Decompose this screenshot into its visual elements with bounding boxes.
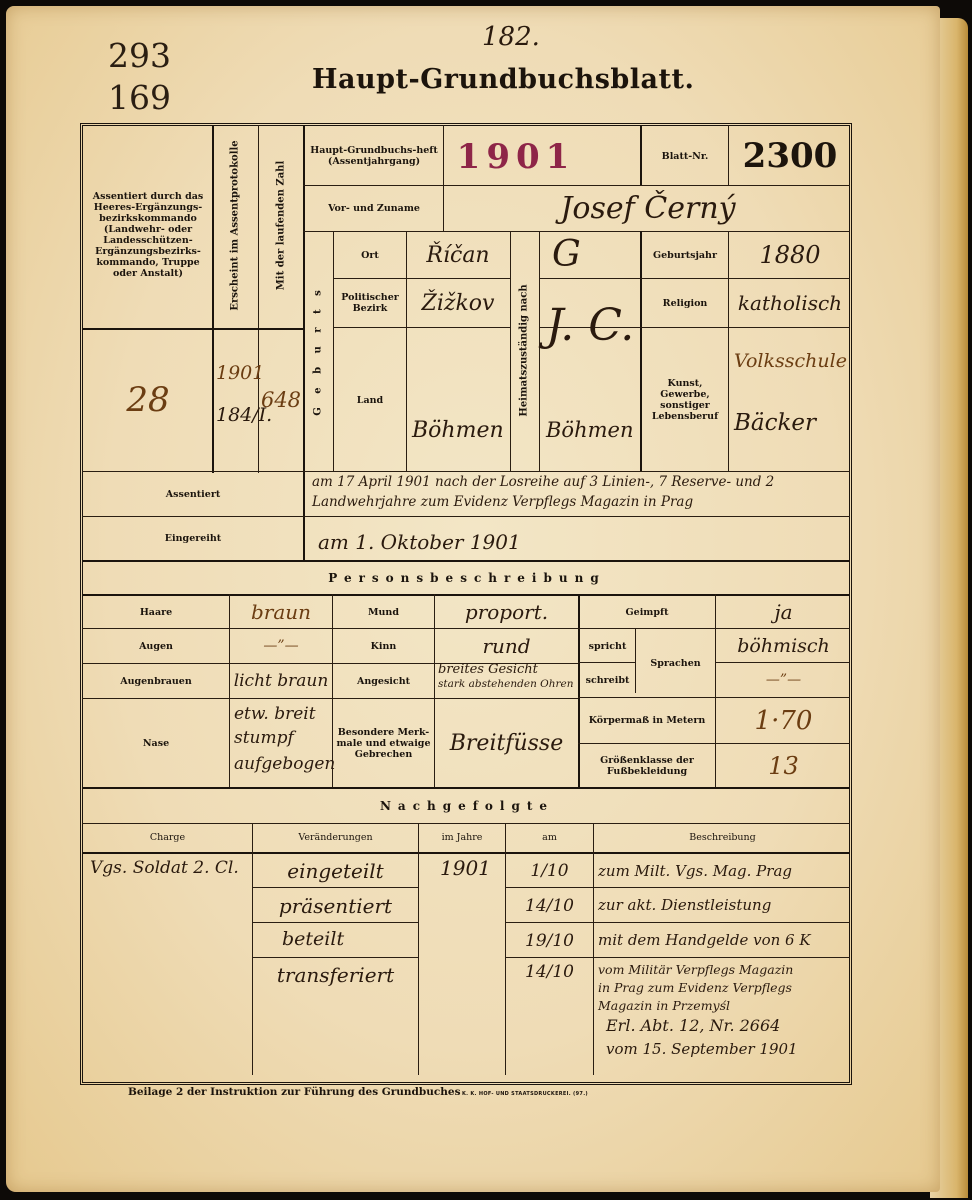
column-header-jahre: im Jahre [420, 824, 504, 851]
heimat-label: Heimatszuständig nach [519, 251, 530, 451]
name-value: Josef Černý [446, 186, 850, 230]
history-row-2-desc: zur akt. Dienstleistung [598, 896, 771, 914]
schreibt-value: —”— [717, 664, 850, 696]
geimpft-value: ja [717, 596, 850, 628]
divider [252, 823, 253, 1075]
assentiert-row-line-1: am 17 April 1901 nach der Losreihe auf 3… [312, 474, 774, 490]
divider [333, 327, 510, 328]
geimpft-label: Geimpft [580, 596, 714, 628]
divider [212, 125, 214, 473]
angesicht-value-1: breites Gesicht [438, 662, 538, 677]
land-label: Land [335, 330, 405, 470]
religion-value: katholisch [730, 280, 850, 326]
divider [82, 471, 850, 472]
archive-number-top: 293 [108, 36, 171, 75]
year-value: 1901 [440, 856, 491, 880]
erscheint-label: Erscheint im Assentprotokolle [230, 126, 241, 326]
spricht-label: spricht [580, 630, 635, 662]
religion-label: Religion [642, 280, 728, 326]
history-row-4-change: transferiert [254, 959, 417, 991]
geburtsjahr-value: 1880 [730, 233, 850, 277]
column-header-beschreibung: Beschreibung [595, 824, 850, 851]
divider [578, 628, 850, 629]
divider [578, 697, 850, 698]
footer-printer: K. K. HOF- UND STAATSDRUCKEREI. (97.) [462, 1089, 588, 1099]
assentiert-row-line-2: Landwehrjahre zum Evidenz Verpflegs Maga… [312, 494, 693, 510]
geburtsjahr-label: Geburtsjahr [642, 233, 728, 277]
bezirk-value: Žižkov [408, 280, 508, 326]
divider [333, 231, 334, 471]
angesicht-value-2: stark abstehenden Ohren [438, 678, 574, 690]
heft-value-stamp: 1901 [446, 130, 586, 184]
augenbrauen-label: Augenbrauen [84, 665, 228, 697]
history-row-3-date: 19/10 [507, 924, 592, 957]
eingereiht-value: am 1. Oktober 1901 [318, 530, 521, 554]
augen-value: —”— [231, 630, 331, 662]
divider [82, 852, 850, 854]
divider [578, 743, 850, 744]
koerpermass-value: 1·70 [717, 699, 850, 742]
blatt-nr-value: 2300 [730, 128, 850, 184]
history-row-2-change: präsentiert [254, 889, 417, 922]
ort-value: Říčan [408, 233, 508, 277]
divider [82, 516, 850, 517]
assentiert-value: 28 [86, 330, 210, 470]
description-section-title: Personsbeschreibung [84, 564, 850, 592]
history-row-4-desc-line-5: vom 15. September 1901 [606, 1040, 798, 1058]
divider [505, 922, 850, 923]
divider [434, 594, 435, 787]
archive-number-bottom: 169 [108, 78, 171, 117]
divider [252, 887, 418, 888]
nase-value-1: etw. breit [234, 704, 316, 724]
beruf-value-occupation: Bäcker [734, 410, 816, 436]
divider [640, 327, 850, 328]
history-row-3-desc: mit dem Handgelde von 6 K [598, 931, 811, 949]
divider [303, 231, 850, 232]
divider [728, 231, 729, 471]
history-row-1-desc: zum Milt. Vgs. Mag. Prag [598, 862, 792, 880]
merkmale-value: Breitfüsse [436, 700, 577, 786]
divider [333, 278, 510, 279]
merkmale-label: Besondere Merk-male und etwaige Gebreche… [334, 700, 433, 786]
angesicht-label: Angesicht [334, 665, 433, 697]
kinn-value: rund [436, 630, 577, 662]
divider [82, 628, 578, 629]
divider [229, 594, 230, 787]
sprachen-label: Sprachen [637, 630, 714, 696]
history-row-4-desc-line-3: Magazin in Przemyśl [598, 998, 730, 1013]
protokoll-value-year: 1901 [216, 362, 264, 384]
history-row-2-date: 14/10 [507, 889, 592, 922]
handwritten-page-number: 182. [482, 22, 540, 52]
bezirk-label: Politischer Bezirk [335, 280, 405, 326]
laufende-zahl-label: Mit der laufenden Zahl [276, 126, 287, 326]
eingereiht-label: Eingereiht [84, 518, 302, 558]
history-row-4-date: 14/10 [507, 959, 592, 985]
divider [82, 560, 850, 562]
divider [505, 957, 850, 958]
history-row-3-change: beteilt [282, 928, 344, 950]
footer-text: Beilage 2 der Instruktion zur Führung de… [128, 1086, 460, 1098]
kinn-label: Kinn [334, 630, 433, 662]
land-value: Böhmen [412, 418, 504, 443]
history-row-4-desc-line-2: in Prag zum Evidenz Verpflegs [598, 980, 792, 995]
page-title: Haupt-Grundbuchsblatt. [312, 64, 694, 95]
groesse-label: Größenklasse der Fußbekleidung [580, 745, 714, 786]
divider [252, 922, 418, 923]
history-section-title: Nachgefolgte [84, 792, 850, 820]
augen-label: Augen [84, 630, 228, 662]
groesse-value: 13 [717, 745, 850, 786]
history-row-4-desc-line-1: vom Militär Verpflegs Magazin [598, 962, 793, 977]
assentiert-row-label: Assentiert [84, 473, 302, 515]
history-row-4-desc-line-4: Erl. Abt. 12, Nr. 2664 [606, 1016, 780, 1035]
column-header-am: am [507, 824, 592, 851]
divider [252, 957, 418, 958]
divider [418, 823, 419, 1075]
nase-value-2: stumpf [234, 728, 294, 748]
divider [539, 231, 540, 471]
divider [635, 628, 636, 693]
schreibt-label: schreibt [580, 664, 635, 696]
divider [510, 231, 511, 471]
heimat-value-jc: J. C. [546, 300, 634, 351]
divider [593, 823, 594, 1075]
haare-label: Haare [84, 596, 228, 628]
divider [539, 278, 640, 279]
divider [406, 231, 407, 471]
laufende-zahl-value: 648 [260, 330, 302, 470]
assentiert-durch-label: Assentiert durch das Heeres-Ergänzungs-b… [86, 160, 210, 310]
divider [443, 125, 444, 231]
history-row-1-change: eingeteilt [254, 855, 417, 887]
mund-value: proport. [436, 596, 577, 628]
column-header-charge: Charge [84, 824, 251, 851]
heimat-value-g: G [552, 234, 581, 275]
divider [728, 125, 729, 185]
divider [578, 662, 635, 663]
mund-label: Mund [334, 596, 433, 628]
blatt-nr-label: Blatt-Nr. [642, 128, 728, 184]
divider [82, 787, 850, 789]
augenbrauen-value: licht braun [231, 665, 331, 697]
ort-label: Ort [335, 233, 405, 277]
divider [505, 823, 506, 1075]
divider [303, 125, 305, 560]
nase-label: Nase [84, 700, 228, 786]
divider [82, 698, 578, 699]
spricht-value: böhmisch [717, 630, 850, 662]
divider [715, 594, 716, 787]
heimat-land-value: Böhmen [546, 418, 633, 442]
divider [640, 278, 850, 279]
column-header-veraenderungen: Veränderungen [254, 824, 417, 851]
beruf-value-school: Volksschule [734, 350, 847, 372]
koerpermass-label: Körpermaß in Metern [580, 699, 714, 742]
haare-value: braun [231, 596, 331, 628]
geburts-group-label: G e b u r t s [313, 251, 324, 451]
history-row-1-date: 1/10 [507, 855, 592, 887]
divider [715, 662, 850, 663]
divider [505, 887, 850, 888]
heft-label: Haupt-Grundbuchs-heft (Assentjahrgang) [306, 128, 442, 184]
name-label: Vor- und Zuname [306, 186, 442, 230]
nase-value-3: aufgebogen [234, 754, 335, 774]
charge-value: Vgs. Soldat 2. Cl. [90, 858, 239, 878]
beruf-label: Kunst, Gewerbe, sonstiger Lebensberuf [642, 330, 728, 470]
